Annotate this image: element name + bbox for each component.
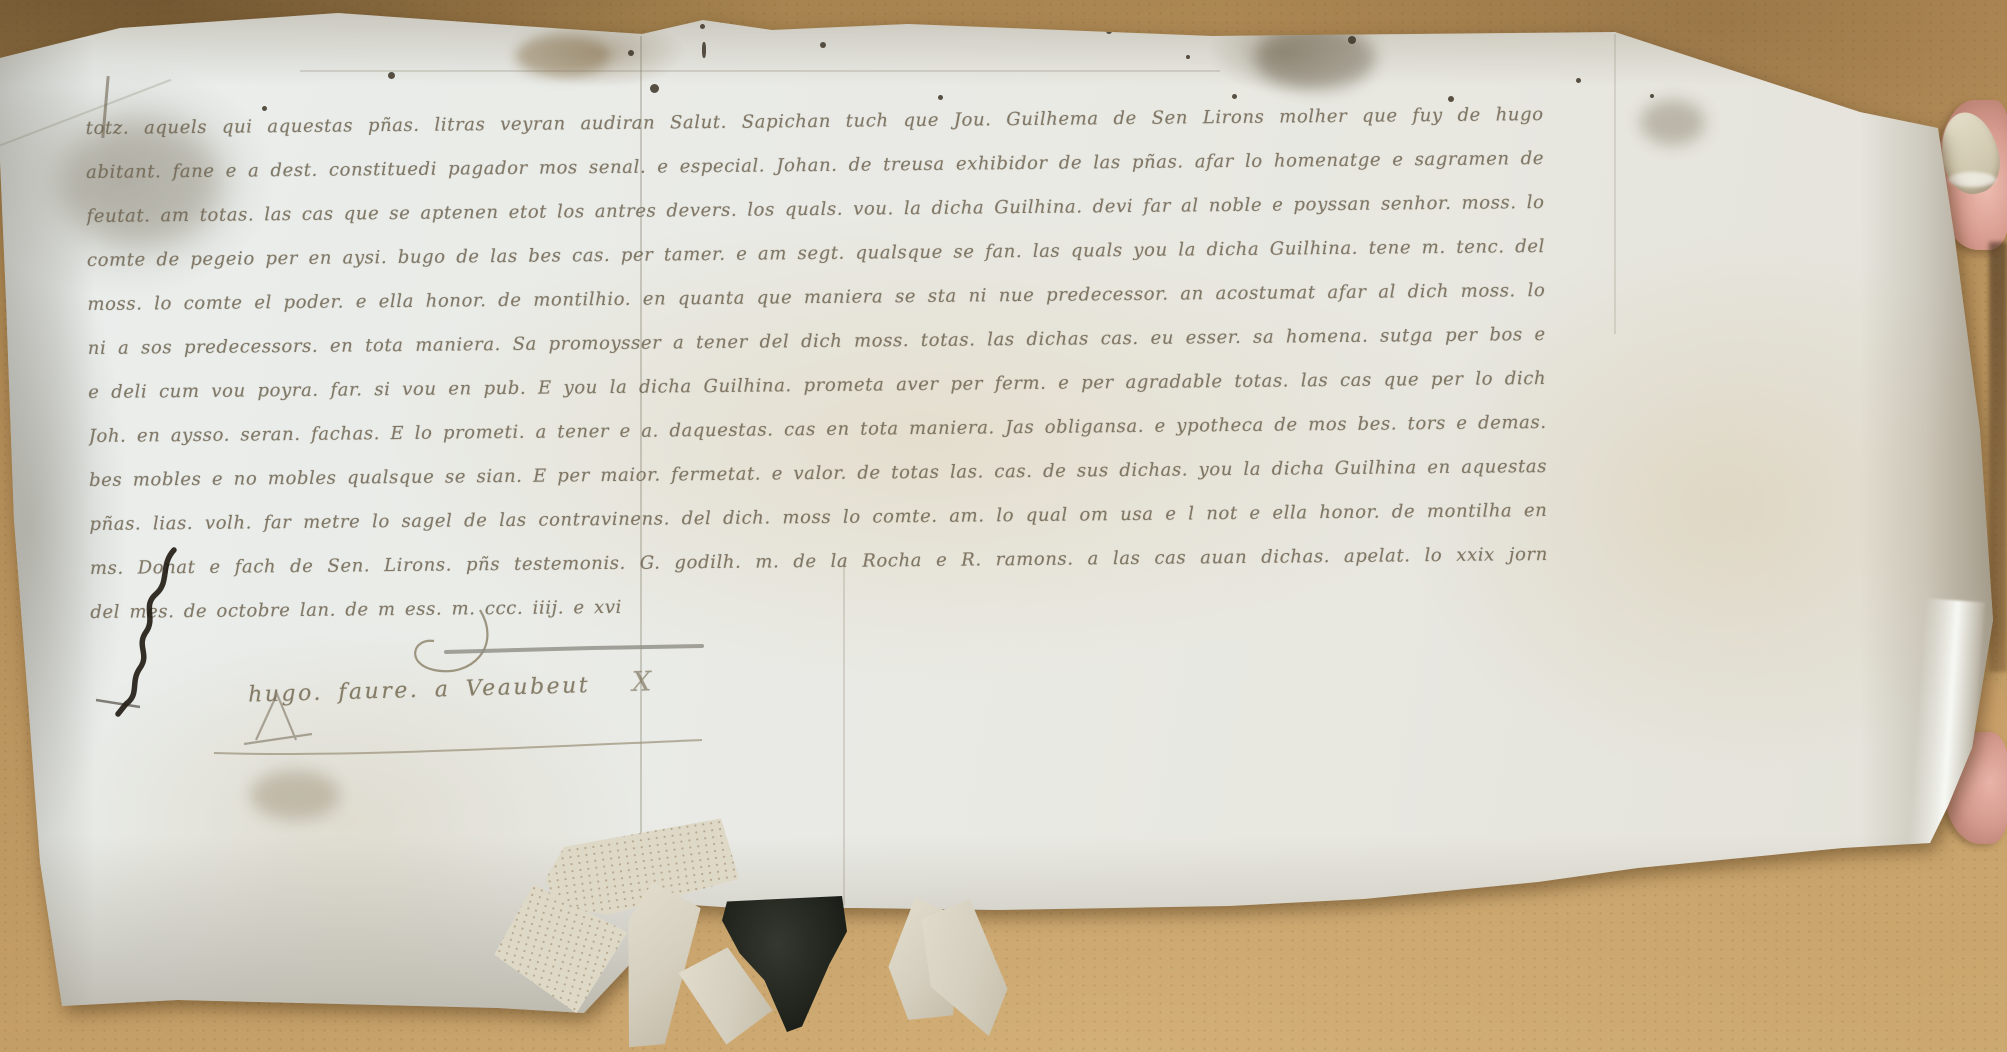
ink-speck: [820, 42, 826, 48]
fold-crease: [1614, 34, 1616, 334]
signature-text: hugo. faure. a Veaubeut: [248, 673, 591, 708]
parchment-top-shading: [0, 6, 2007, 86]
ink-speck: [1576, 78, 1581, 83]
ink-speck: [650, 84, 659, 93]
notary-signature: hugo. faure. a VeaubeutX: [248, 666, 655, 708]
ink-speck: [388, 72, 395, 79]
ink-speck: [1186, 55, 1190, 59]
ink-speck: [1106, 28, 1112, 34]
stain: [250, 770, 340, 820]
ink-speck: [628, 50, 634, 56]
ink-speck: [702, 42, 706, 58]
stain: [1640, 100, 1705, 145]
stain: [1255, 25, 1375, 90]
signature-flourish: X: [632, 666, 655, 698]
ink-speck: [1348, 36, 1356, 44]
parchment-sheet: totz. aquels qui aquestas pñas. litras v…: [0, 0, 2007, 1052]
charter-text-block: totz. aquels qui aquestas pñas. litras v…: [85, 93, 1548, 635]
fold-crease: [300, 70, 1220, 72]
ink-speck: [1650, 94, 1654, 98]
ink-speck: [1022, 12, 1026, 16]
ink-speck: [700, 24, 705, 29]
parchment-document: totz. aquels qui aquestas pñas. litras v…: [0, 0, 2007, 1052]
stain: [515, 35, 610, 77]
